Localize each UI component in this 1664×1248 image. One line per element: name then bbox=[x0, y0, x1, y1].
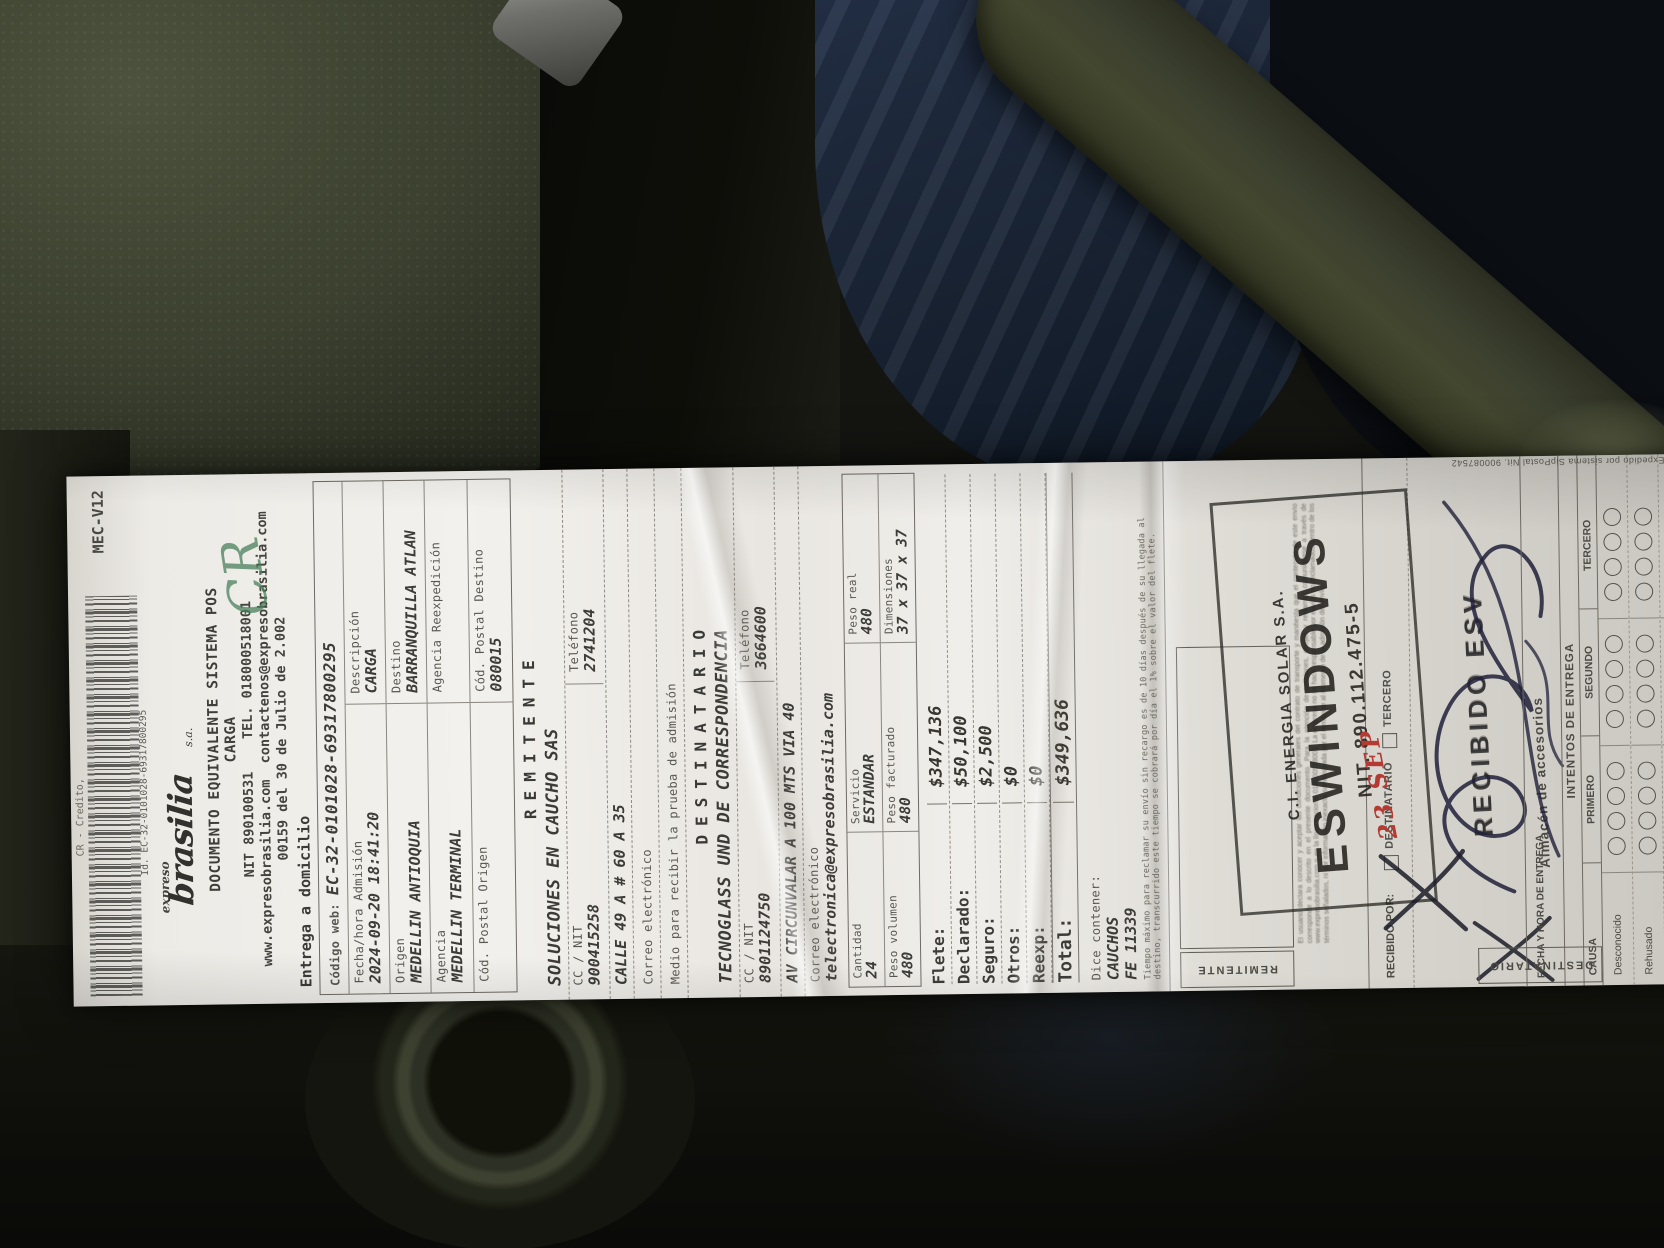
cp-origen-value bbox=[488, 708, 512, 981]
doc-code: MEC-V12 bbox=[89, 490, 108, 553]
receipt-paper: CR - Credito, MEC-V12 Id. EC-32-0101028-… bbox=[66, 453, 1664, 1006]
reexp-value: $0 bbox=[1027, 765, 1048, 803]
medio-prueba-label: Medio para recibir la prueba de admisión bbox=[664, 683, 682, 984]
declarado-value: $50,100 bbox=[951, 715, 972, 804]
mark-circle bbox=[1607, 787, 1625, 805]
destino-value: BARRANQUILLA ATLAN bbox=[401, 487, 422, 693]
flete-label: Flete: bbox=[927, 804, 949, 984]
causa-rehusado: Rehusado bbox=[1642, 872, 1656, 984]
mark-circle bbox=[1604, 583, 1622, 601]
mark-circle bbox=[1635, 583, 1653, 601]
attempt-circles bbox=[1628, 491, 1660, 618]
destinatario-ccnit: 8901124750 bbox=[752, 688, 774, 983]
dimensiones-value: 37 x 37 x 37 bbox=[894, 480, 912, 634]
mark-circle bbox=[1607, 812, 1625, 830]
credit-note: CR - Credito, bbox=[75, 778, 87, 856]
mark-circle bbox=[1638, 812, 1656, 830]
remitente-ccnit: 900415258 bbox=[581, 691, 603, 986]
mark-circle bbox=[1637, 710, 1655, 728]
peso-real-value: 480 bbox=[858, 480, 876, 634]
destinatario-side-box: DESTINATARIO bbox=[1478, 946, 1602, 984]
mark-circle bbox=[1634, 533, 1652, 551]
mark-circle bbox=[1636, 635, 1654, 653]
agencia-row: Agencia MEDELLIN TERMINAL Agencia Reexpe… bbox=[424, 480, 474, 993]
mark-circle bbox=[1638, 787, 1656, 805]
fecha-descripcion-row: Fecha/hora Admisión 2024-09-20 18:41:20 … bbox=[342, 481, 390, 994]
destinatario-correo-row: Correo electrónico telectronica@expresob… bbox=[798, 466, 844, 996]
codigo-web-label: Código web: bbox=[327, 903, 342, 986]
company-tel: TEL. 018000518001 bbox=[238, 601, 256, 739]
attempt-circles bbox=[1630, 618, 1662, 745]
barcode bbox=[85, 596, 143, 997]
reexp-label: Reexp: bbox=[1027, 803, 1049, 983]
brand-logo: expreso brasilia s.a. bbox=[152, 475, 207, 1006]
remitente-correo-label: Correo electrónico bbox=[640, 849, 656, 985]
attempt-circles bbox=[1659, 491, 1664, 618]
mark-circle bbox=[1605, 635, 1623, 653]
flete-value: $347,136 bbox=[926, 705, 947, 804]
mark-circle bbox=[1605, 660, 1623, 678]
fecha-value: 2024-09-20 18:41:20 bbox=[363, 710, 385, 983]
car-interior-photo: CR - Credito, MEC-V12 Id. EC-32-0101028-… bbox=[0, 0, 1664, 1248]
tercero-column-label: TERCERO bbox=[1578, 482, 1598, 609]
otros-label: Otros: bbox=[1002, 803, 1024, 983]
segundo-column-label: SEGUNDO bbox=[1579, 609, 1599, 736]
mark-circle bbox=[1635, 558, 1653, 576]
otros-value: $0 bbox=[1002, 766, 1023, 804]
company-nit: NIT 890100531 bbox=[241, 772, 258, 878]
brand-name: brasilia bbox=[161, 772, 202, 907]
seguro-label: Seguro: bbox=[977, 804, 999, 984]
mark-circle bbox=[1607, 762, 1625, 780]
codigo-postal-row: Cód. Postal Origen Cód. Postal Destino 0… bbox=[467, 479, 516, 992]
green-handwritten-initials: CR bbox=[210, 533, 281, 620]
brand-suffix: s.a. bbox=[182, 728, 195, 747]
company-website: www.expresobrasilia.com bbox=[258, 779, 277, 966]
causa-desconocido: Desconocido bbox=[1611, 873, 1625, 985]
declarado-label: Declarado: bbox=[952, 804, 974, 984]
mark-circle bbox=[1638, 762, 1656, 780]
remitente-side-box: REMITENTE bbox=[1180, 951, 1294, 989]
mark-circle bbox=[1606, 710, 1624, 728]
intentos-table: INTENTOS DE ENTREGA CAUSA PRIMERO SEGUND… bbox=[1557, 454, 1664, 986]
attempt-circles bbox=[1631, 745, 1663, 872]
delivery-form: REMITENTE El usuario declara conocer y a… bbox=[1162, 453, 1664, 991]
barcode-id: Id. EC-32-0101028-69317800295 bbox=[138, 710, 151, 876]
cp-destino-value: 080015 bbox=[485, 486, 506, 692]
codigo-web-value: EC-32-0101028-69317800295 bbox=[320, 642, 343, 896]
origen-destino-row: Origen MEDELLIN ANTIOQUIA Destino BARRAN… bbox=[383, 481, 431, 994]
origen-value: MEDELLIN ANTIOQUIA bbox=[404, 710, 426, 983]
package-table: Cantidad 24 Servicio ESTANDAR Peso real … bbox=[841, 473, 921, 988]
shipment-table: Código web: EC-32-0101028-69317800295 Fe… bbox=[312, 478, 517, 995]
attempt-circles bbox=[1597, 492, 1629, 619]
receipt-top: CR - Credito, MEC-V12 Id. EC-32-0101028-… bbox=[66, 475, 159, 1006]
recibido-por-label: RECIBIDO POR: bbox=[1384, 894, 1397, 979]
remitente-side-label: REMITENTE bbox=[1197, 963, 1279, 976]
attempt-circles bbox=[1600, 746, 1632, 873]
contents-block: Dice contener: CAUCHOS FE 11339 bbox=[1072, 462, 1140, 993]
seguro-value: $2,500 bbox=[976, 725, 997, 804]
peso-facturado-value: 480 bbox=[896, 649, 914, 824]
peso-volumen-value: 480 bbox=[899, 838, 917, 978]
mark-circle bbox=[1603, 533, 1621, 551]
charges-block: Flete: $347,136 Declarado: $50,100 Segur… bbox=[920, 473, 1079, 985]
mark-circle bbox=[1608, 837, 1626, 855]
total-label: Total: bbox=[1053, 803, 1077, 983]
recibido-stamp: RECIBIDO ESV bbox=[1457, 590, 1500, 838]
remitente-tel: 2741204 bbox=[578, 475, 599, 672]
attempt-circles bbox=[1661, 618, 1664, 745]
receipt: CR - Credito, MEC-V12 Id. EC-32-0101028-… bbox=[66, 453, 1664, 1006]
mark-circle bbox=[1603, 508, 1621, 526]
mark-circle bbox=[1636, 660, 1654, 678]
agencia-value: MEDELLIN TERMINAL bbox=[445, 709, 467, 982]
eswindows-stamp: C.I. ENERGIA SOLAR S.A. ESWINDOWS NIT. 8… bbox=[1209, 488, 1437, 916]
mark-circle bbox=[1604, 558, 1622, 576]
mark-circle bbox=[1639, 837, 1657, 855]
destinatario-side-label: DESTINATARIO bbox=[1488, 958, 1593, 971]
descripcion-value: CARGA bbox=[360, 487, 381, 693]
cantidad-value: 24 bbox=[863, 839, 881, 979]
attempt-circles bbox=[1599, 619, 1631, 746]
servicio-value: ESTANDAR bbox=[860, 649, 878, 824]
total-value: $349,636 bbox=[1052, 699, 1074, 803]
primero-column-label: PRIMERO bbox=[1581, 736, 1601, 863]
mark-circle bbox=[1636, 685, 1654, 703]
mark-circle bbox=[1605, 685, 1623, 703]
destinatario-tel: 3664600 bbox=[749, 473, 770, 670]
mark-circle bbox=[1634, 508, 1652, 526]
dice-contener-label: Dice contener: bbox=[1088, 875, 1103, 981]
agencia-reexp-value bbox=[442, 486, 465, 692]
